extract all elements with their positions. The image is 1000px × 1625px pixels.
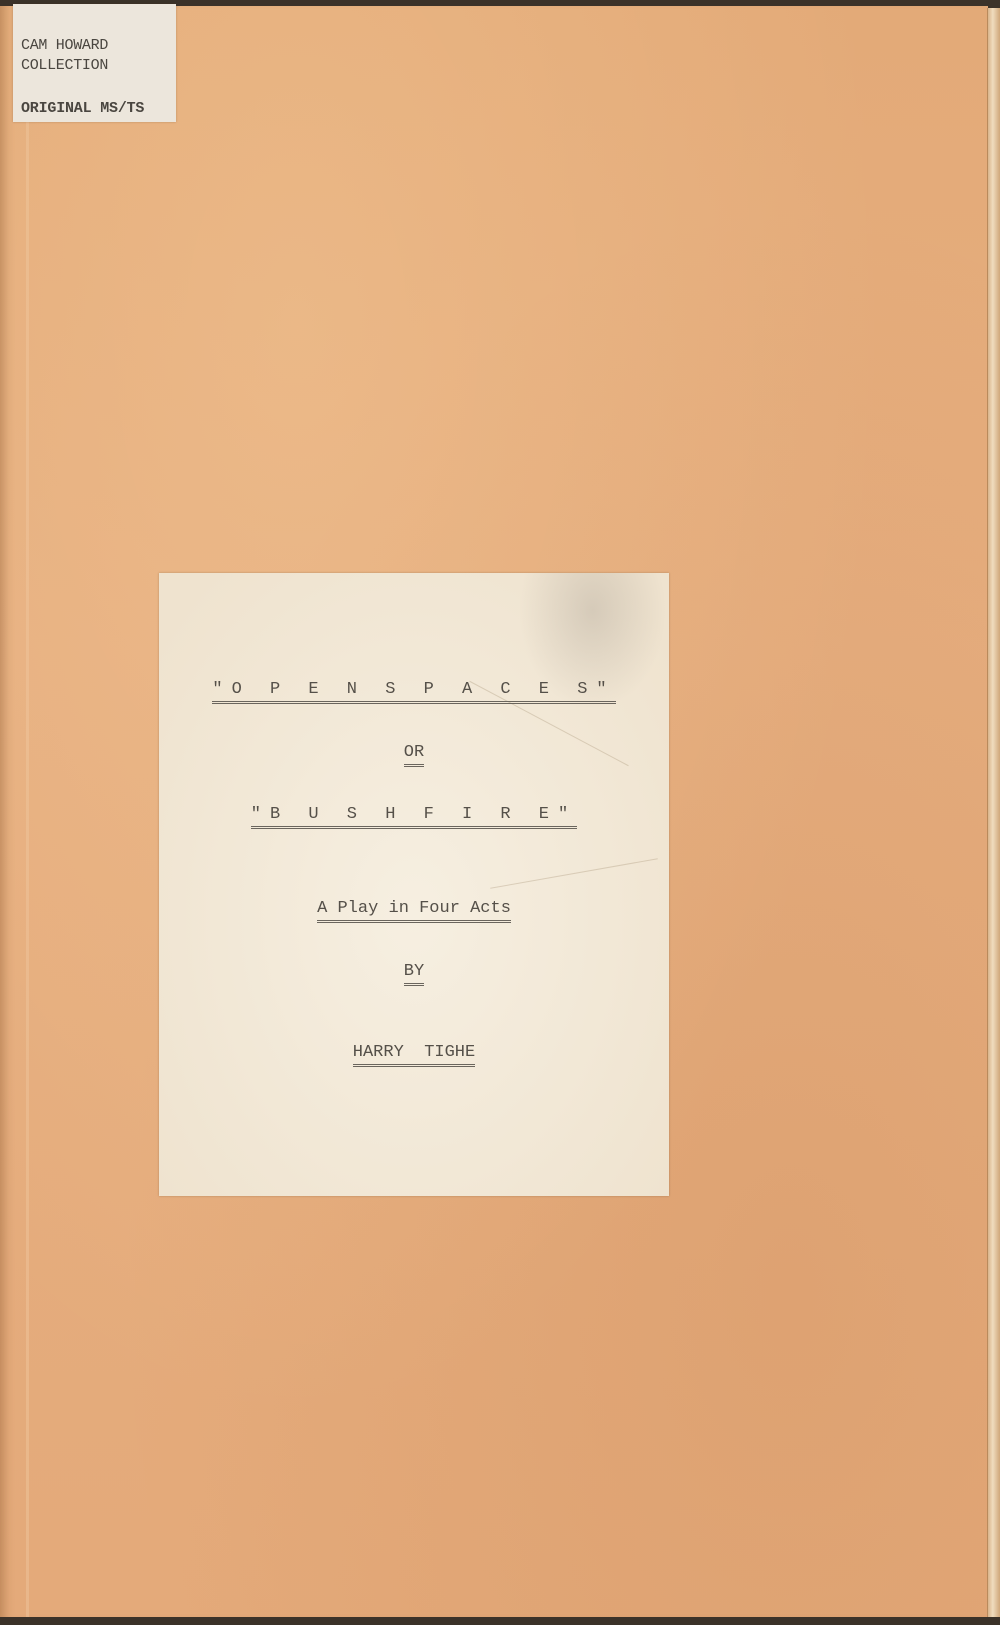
- paper-crease: [490, 858, 658, 889]
- collection-label: CAM HOWARD COLLECTION ORIGINAL MS/TS: [13, 4, 176, 122]
- spine-edge: [26, 6, 29, 1617]
- original-ms-ts-label: ORIGINAL MS/TS: [21, 99, 144, 119]
- author-name: HARRY TIGHE: [159, 1043, 669, 1067]
- collection-name-line1: CAM HOWARD: [21, 36, 108, 56]
- page-stack-edge: [987, 8, 1000, 1617]
- play-title: "O P E N S P A C E S": [159, 680, 669, 704]
- alternate-title: "B U S H F I R E": [159, 805, 669, 829]
- title-sheet: "O P E N S P A C E S" OR "B U S H F I R …: [159, 573, 669, 1196]
- title-conjunction: OR: [159, 743, 669, 767]
- play-subtitle: A Play in Four Acts: [159, 899, 669, 923]
- by-line: BY: [159, 962, 669, 986]
- collection-name-line2: COLLECTION: [21, 56, 108, 76]
